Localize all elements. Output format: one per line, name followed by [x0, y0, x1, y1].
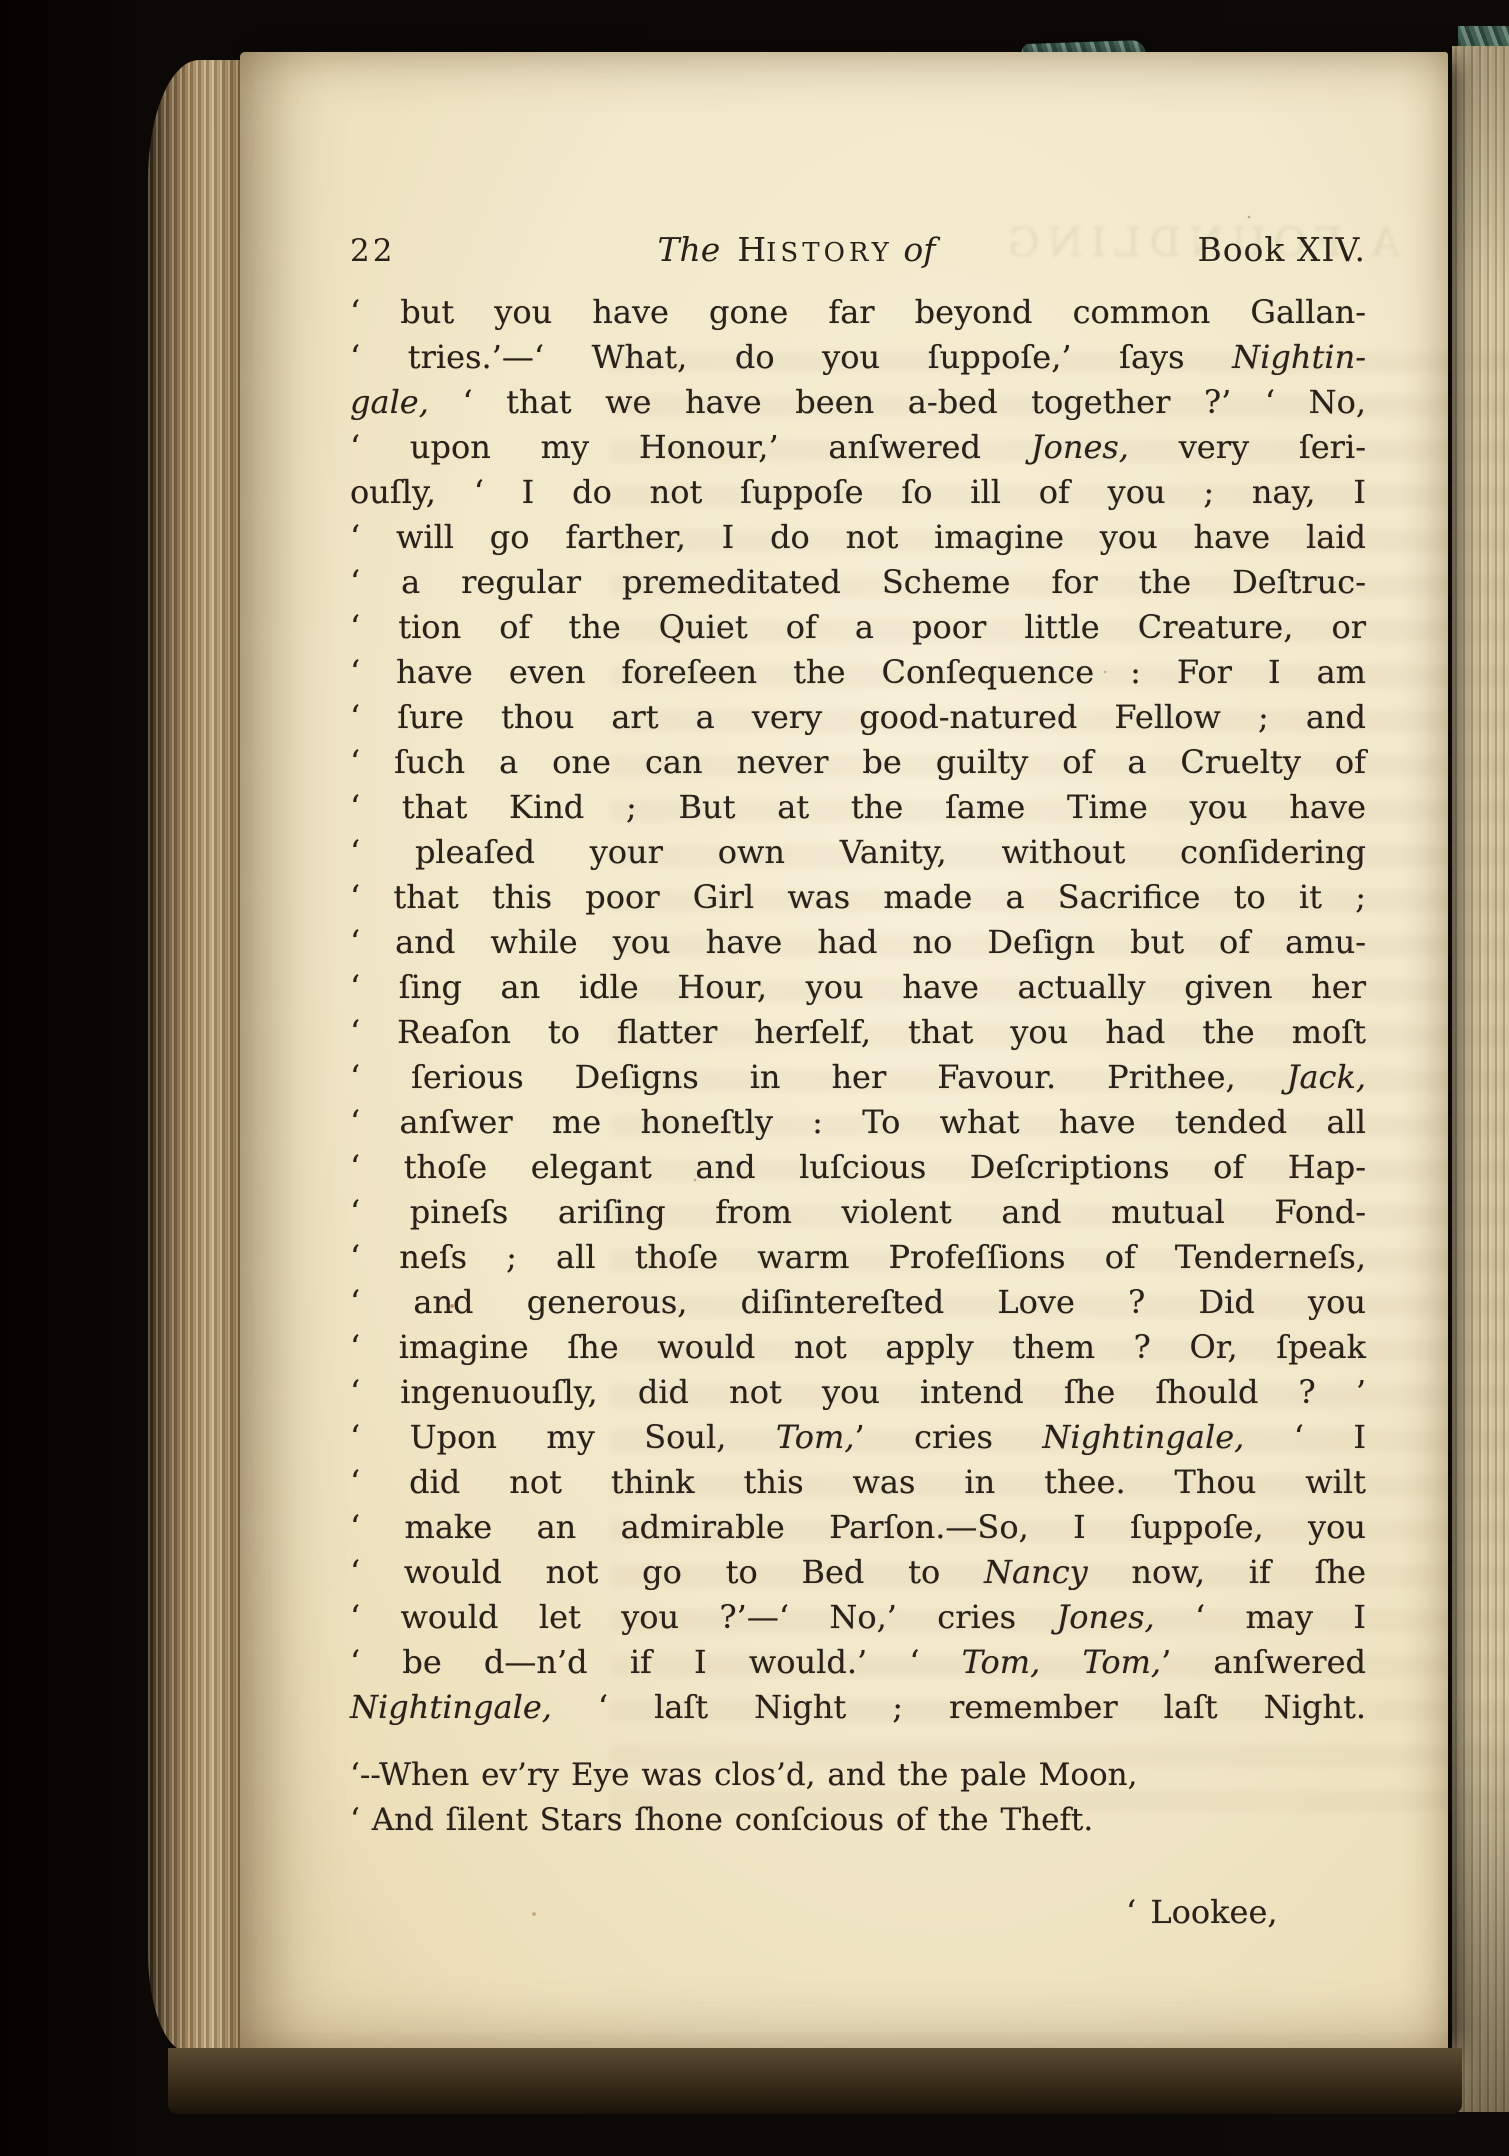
text-line: ‘ and generous, diſintereſted Love ? Did…: [350, 1280, 1366, 1325]
text-line: ‘ but you have gone far beyond common Ga…: [350, 290, 1366, 335]
running-title: The HISTORY of: [395, 230, 1197, 269]
title-of: of: [903, 230, 935, 269]
title-history-rest: ISTORY: [766, 238, 893, 268]
verse-line: ‘ And ſilent Stars ſhone conſcious of th…: [350, 1798, 1137, 1843]
page-number: 22: [350, 233, 395, 269]
text-line: ‘ will go farther, I do not imagine you …: [350, 515, 1366, 560]
body-text: ‘ but you have gone far beyond common Ga…: [350, 290, 1366, 1730]
text-line: gale, ‘ that we have been a-bed together…: [350, 380, 1366, 425]
text-line: ‘ upon my Honour,’ anſwered Jones, very …: [350, 425, 1366, 470]
text-line: ‘ ſuch a one can never be guilty of a Cr…: [350, 740, 1366, 785]
text-line: ‘ ſure thou art a very good-natured Fell…: [350, 695, 1366, 740]
text-line: ‘ have even foreſeen the Conſequence : F…: [350, 650, 1366, 695]
text-line: ‘ that this poor Girl was made a Sacrifi…: [350, 875, 1366, 920]
text-line: ‘ make an admirable Parſon.—So, I ſuppoſ…: [350, 1505, 1366, 1550]
text-line: ‘ and while you have had no Deſign but o…: [350, 920, 1366, 965]
text-line: ‘ a regular premeditated Scheme for the …: [350, 560, 1366, 605]
text-line: ‘ ſerious Deſigns in her Favour. Prithee…: [350, 1055, 1366, 1100]
text-line: ‘ imagine ſhe would not apply them ? Or,…: [350, 1325, 1366, 1370]
text-line: ‘ ingenuouſly, did not you intend ſhe ſh…: [350, 1370, 1366, 1415]
text-line: ‘ Reaſon to flatter herſelf, that you ha…: [350, 1010, 1366, 1055]
text-line: ‘ Upon my Soul, Tom,’ cries Nightingale,…: [350, 1415, 1366, 1460]
title-history-initial: H: [737, 230, 766, 269]
text-line: Nightingale, ‘ laſt Night ; remember laſ…: [350, 1685, 1366, 1730]
bottom-cover-edge: [168, 2048, 1462, 2114]
text-line: ‘ tion of the Quiet of a poor little Cre…: [350, 605, 1366, 650]
book-label: Book XIV.: [1197, 230, 1366, 269]
catchword: ‘ Lookee,: [1126, 1893, 1278, 1931]
text-line: ‘ neſs ; all thoſe warm Profeſſions of T…: [350, 1235, 1366, 1280]
title-the: The: [657, 230, 720, 269]
text-line: ‘ ſing an idle Hour, you have actually g…: [350, 965, 1366, 1010]
text-line: ‘ pineſs ariſing from violent and mutual…: [350, 1190, 1366, 1235]
text-line: ‘ anſwer me honeſtly : To what have tend…: [350, 1100, 1366, 1145]
running-header: 22 The HISTORY of Book XIV.: [350, 230, 1366, 269]
verse-quotation: ‘--When ev’ry Eye was clos’d, and the pa…: [350, 1753, 1137, 1843]
text-line: ‘ would let you ?’—‘ No,’ cries Jones, ‘…: [350, 1595, 1366, 1640]
text-line: ouſly, ‘ I do not ſuppoſe ſo ill of you …: [350, 470, 1366, 515]
text-line: ‘ would not go to Bed to Nancy now, if ſ…: [350, 1550, 1366, 1595]
photographed-book-scene: A FOUNDLING 22 The HISTORY of Book XIV. …: [0, 0, 1509, 2156]
text-line: ‘ tries.’—‘ What, do you ſuppoſe,’ ſays …: [350, 335, 1366, 380]
text-line: ‘ pleaſed your own Vanity, without conſi…: [350, 830, 1366, 875]
text-line: ‘ did not think this was in thee. Thou w…: [350, 1460, 1366, 1505]
text-line: ‘ be d—n’d if I would.’ ‘ Tom, Tom,’ anſ…: [350, 1640, 1366, 1685]
text-line: ‘ that Kind ; But at the ſame Time you h…: [350, 785, 1366, 830]
verse-line: ‘--When ev’ry Eye was clos’d, and the pa…: [350, 1753, 1137, 1798]
text-line: ‘ thoſe elegant and luſcious Deſcription…: [350, 1145, 1366, 1190]
